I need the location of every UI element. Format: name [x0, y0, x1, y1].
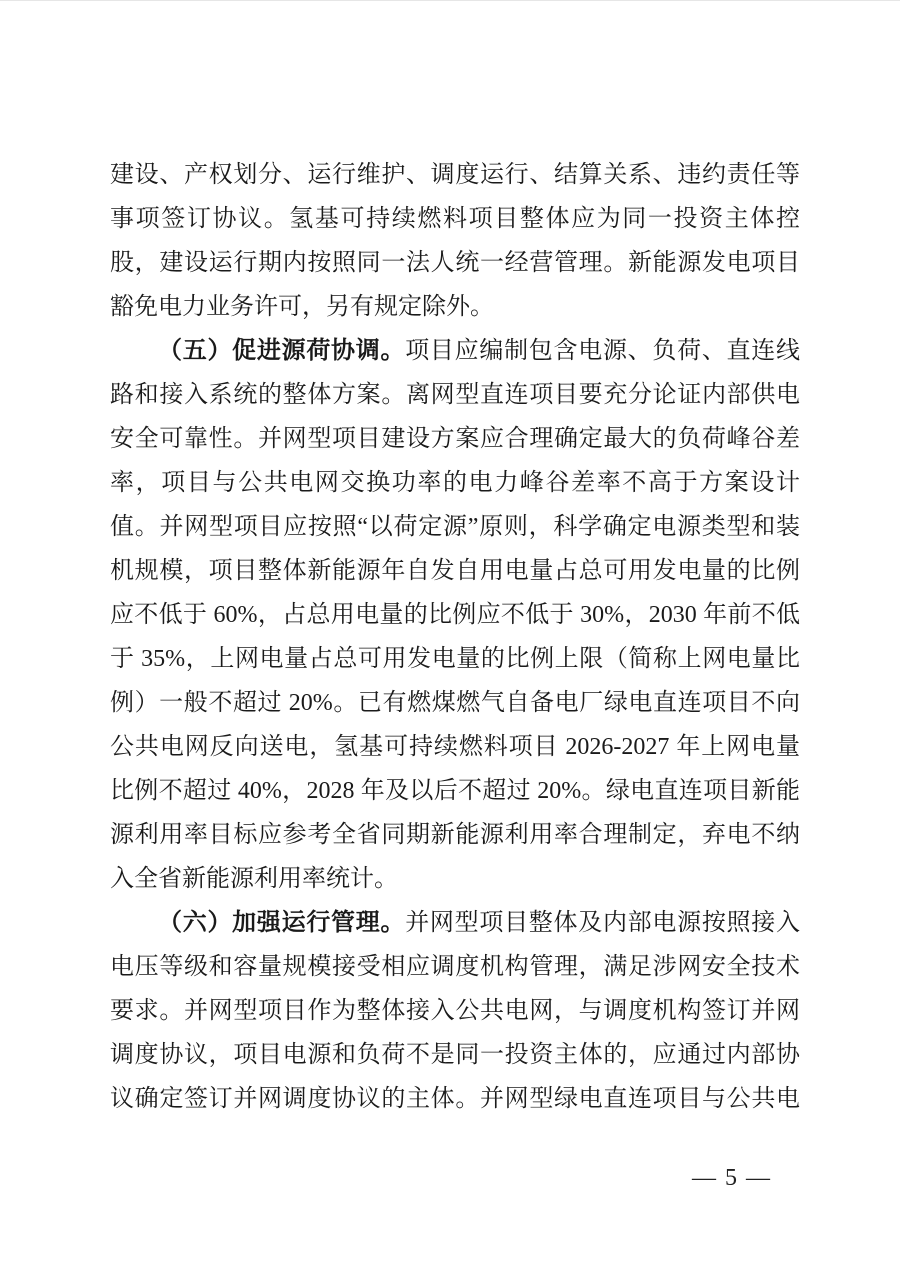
line-text: 源利用率目标应参考全省同期新能源利用率合理制定，弃电不纳	[110, 822, 800, 848]
line-text: 事项签订协议。氢基可持续燃料项目整体应为同一投资主体控	[110, 206, 800, 232]
text-line: 电压等级和容量规模接受相应调度机构管理，满足涉网安全技术	[110, 945, 800, 989]
footer-dash-right: —	[746, 1164, 770, 1192]
line-text: 公共电网反向送电，氢基可持续燃料项目 2026-2027 年上网电量	[110, 734, 800, 760]
text-line: 豁免电力业务许可，另有规定除外。	[110, 285, 800, 329]
text-line: （五）促进源荷协调。项目应编制包含电源、负荷、直连线	[110, 329, 800, 373]
section-heading-6: （六）加强运行管理。	[158, 910, 405, 936]
text-line: 建设、产权划分、运行维护、调度运行、结算关系、违约责任等	[110, 153, 800, 197]
line-text: 机规模，项目整体新能源年自发自用电量占总可用发电量的比例	[110, 558, 800, 584]
line-text: 安全可靠性。并网型项目建设方案应合理确定最大的负荷峰谷差	[110, 426, 800, 452]
line-text: 豁免电力业务许可，另有规定除外。	[110, 294, 494, 320]
line-text: 要求。并网型项目作为整体接入公共电网，与调度机构签订并网	[110, 998, 800, 1024]
line-text: 值。并网型项目应按照“以荷定源”原则，科学确定电源类型和装	[110, 514, 800, 540]
text-line: 应不低于 60%，占总用电量的比例应不低于 30%，2030 年前不低	[110, 593, 800, 637]
text-line: 机规模，项目整体新能源年自发自用电量占总可用发电量的比例	[110, 549, 800, 593]
text-line: 值。并网型项目应按照“以荷定源”原则，科学确定电源类型和装	[110, 505, 800, 549]
document-page: 建设、产权划分、运行维护、调度运行、结算关系、违约责任等 事项签订协议。氢基可持…	[0, 0, 900, 1272]
document-body: 建设、产权划分、运行维护、调度运行、结算关系、违约责任等 事项签订协议。氢基可持…	[110, 153, 800, 1121]
line-text: 建设、产权划分、运行维护、调度运行、结算关系、违约责任等	[110, 162, 800, 188]
line-text: 于 35%，上网电量占总可用发电量的比例上限（简称上网电量比	[110, 646, 800, 672]
text-line: 要求。并网型项目作为整体接入公共电网，与调度机构签订并网	[110, 989, 800, 1033]
text-line: 安全可靠性。并网型项目建设方案应合理确定最大的负荷峰谷差	[110, 417, 800, 461]
line-text: 电压等级和容量规模接受相应调度机构管理，满足涉网安全技术	[110, 954, 800, 980]
footer-dash-left: —	[692, 1164, 716, 1192]
line-text: 入全省新能源利用率统计。	[110, 866, 398, 892]
line-text: 项目应编制包含电源、负荷、直连线	[405, 338, 800, 364]
text-line: 公共电网反向送电，氢基可持续燃料项目 2026-2027 年上网电量	[110, 725, 800, 769]
section-heading-5: （五）促进源荷协调。	[158, 338, 405, 364]
text-line: 入全省新能源利用率统计。	[110, 857, 800, 901]
line-text: 比例不超过 40%，2028 年及以后不超过 20%。绿电直连项目新能	[110, 778, 800, 804]
text-line: （六）加强运行管理。并网型项目整体及内部电源按照接入	[110, 901, 800, 945]
text-line: 议确定签订并网调度协议的主体。并网型绿电直连项目与公共电	[110, 1077, 800, 1121]
line-text: 议确定签订并网调度协议的主体。并网型绿电直连项目与公共电	[110, 1086, 800, 1112]
text-line: 比例不超过 40%，2028 年及以后不超过 20%。绿电直连项目新能	[110, 769, 800, 813]
text-line: 率，项目与公共电网交换功率的电力峰谷差率不高于方案设计	[110, 461, 800, 505]
text-line: 例）一般不超过 20%。已有燃煤燃气自备电厂绿电直连项目不向	[110, 681, 800, 725]
line-text: 并网型项目整体及内部电源按照接入	[405, 910, 800, 936]
line-text: 应不低于 60%，占总用电量的比例应不低于 30%，2030 年前不低	[110, 602, 800, 628]
text-line: 股，建设运行期内按照同一法人统一经营管理。新能源发电项目	[110, 241, 800, 285]
page-footer: — 5 —	[692, 1164, 770, 1192]
text-line: 调度协议，项目电源和负荷不是同一投资主体的，应通过内部协	[110, 1033, 800, 1077]
line-text: 股，建设运行期内按照同一法人统一经营管理。新能源发电项目	[110, 250, 800, 276]
line-text: 调度协议，项目电源和负荷不是同一投资主体的，应通过内部协	[110, 1042, 800, 1068]
text-line: 路和接入系统的整体方案。离网型直连项目要充分论证内部供电	[110, 373, 800, 417]
text-line: 源利用率目标应参考全省同期新能源利用率合理制定，弃电不纳	[110, 813, 800, 857]
line-text: 率，项目与公共电网交换功率的电力峰谷差率不高于方案设计	[110, 470, 800, 496]
text-line: 事项签订协议。氢基可持续燃料项目整体应为同一投资主体控	[110, 197, 800, 241]
page-number: 5	[725, 1164, 737, 1192]
line-text: 路和接入系统的整体方案。离网型直连项目要充分论证内部供电	[110, 382, 800, 408]
text-line: 于 35%，上网电量占总可用发电量的比例上限（简称上网电量比	[110, 637, 800, 681]
line-text: 例）一般不超过 20%。已有燃煤燃气自备电厂绿电直连项目不向	[110, 690, 800, 716]
